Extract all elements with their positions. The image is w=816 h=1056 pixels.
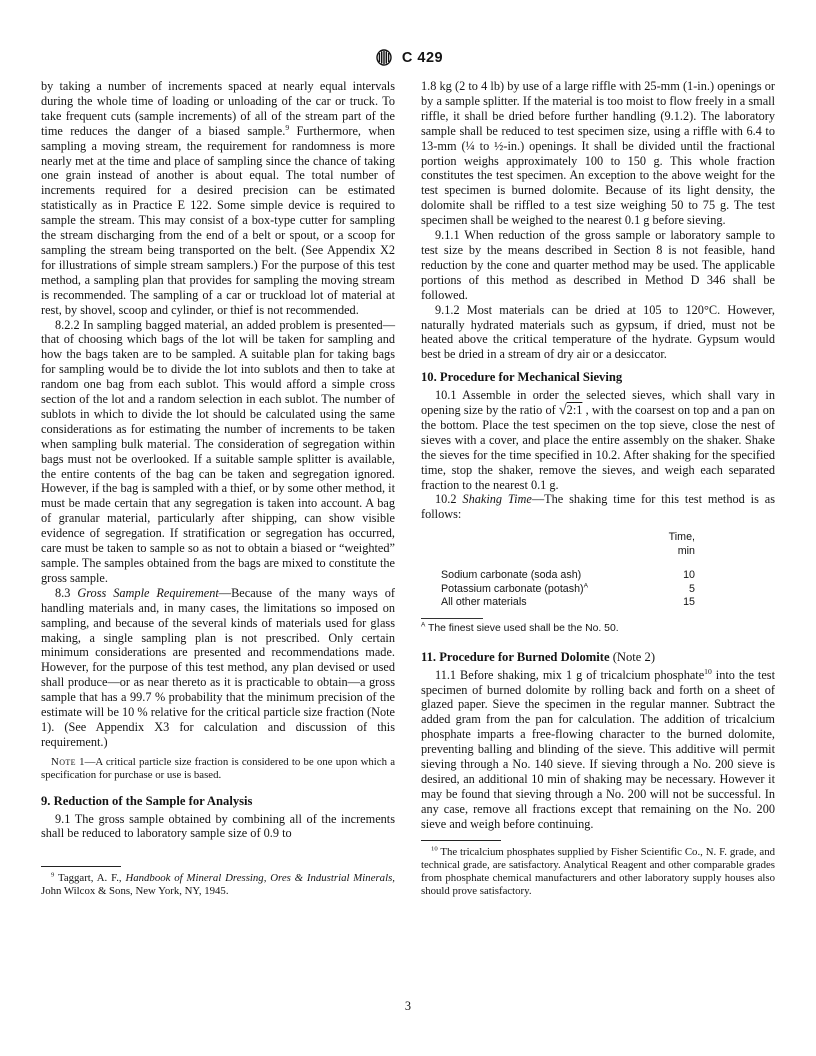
text-run: 8.3 — [55, 586, 77, 600]
text-run: (Note 2) — [610, 650, 655, 664]
footnote-10: 10 The tricalcium phosphates supplied by… — [421, 832, 775, 898]
table-row: All other materials15 — [441, 596, 695, 609]
table-row-value: 15 — [683, 596, 695, 609]
text-run: 9.1.1 When reduction of the gross sample… — [421, 228, 775, 302]
superscript-ref: A — [584, 582, 588, 589]
text-run: 10. Procedure for Mechanical Sieving — [421, 370, 622, 384]
text-run: 11. Procedure for Burned Dolomite — [421, 650, 610, 664]
text-run: 1.8 kg (2 to 4 lb) by use of a large rif… — [421, 79, 775, 227]
text-run: 1—A critical particle size fraction is c… — [41, 756, 395, 781]
footnote-9: 9 Taggart, A. F., Handbook of Mineral Dr… — [41, 858, 395, 898]
table-row-label: Potassium carbonate (potash)A — [441, 583, 588, 596]
text-run: Handbook of Mineral Dressing, Ores & Ind… — [125, 872, 395, 884]
text-run: Furthermore, when sampling a moving stre… — [41, 124, 395, 317]
standard-designation: C 429 — [402, 50, 443, 66]
para-10-2: 10.2 Shaking Time—The shaking time for t… — [421, 492, 775, 522]
table-footnote: A The finest sieve used shall be the No.… — [421, 622, 775, 635]
table-row: Sodium carbonate (soda ash)10 — [441, 569, 695, 582]
text-run: 8.2.2 In sampling bagged material, an ad… — [41, 318, 395, 585]
text-run: The finest sieve used shall be the No. 5… — [425, 623, 618, 634]
text-run: 9. Reduction of the Sample for Analysis — [41, 794, 252, 808]
para-9-1-1: 9.1.1 When reduction of the gross sample… — [421, 228, 775, 303]
para-11-1: 11.1 Before shaking, mix 1 g of tricalci… — [421, 668, 775, 832]
text-run: 11.1 Before shaking, mix 1 g of tricalci… — [435, 668, 704, 682]
footnote-text: 10 The tricalcium phosphates supplied by… — [421, 846, 775, 898]
text-run: √ — [559, 402, 567, 418]
table-row-value: 5 — [689, 583, 695, 596]
text-run: John Wilcox & Sons, New York, NY, 1945. — [41, 885, 229, 897]
para-9-1: 9.1 The gross sample obtained by combini… — [41, 812, 395, 842]
para-8-3: 8.3 Gross Sample Requirement—Because of … — [41, 586, 395, 750]
text-run: Taggart, A. F., — [54, 872, 125, 884]
note-1: Note 1—A critical particle size fraction… — [41, 756, 395, 782]
text-run: 9.1.2 Most materials can be dried at 105… — [421, 303, 775, 362]
text-run: —Because of the many ways of handling ma… — [41, 586, 395, 749]
footnote-rule — [41, 866, 121, 867]
para-8-2-2: 8.2.2 In sampling bagged material, an ad… — [41, 318, 395, 586]
superscript-ref: 10 — [431, 845, 438, 852]
text-run: 9.1 The gross sample obtained by combini… — [41, 812, 395, 841]
text-run: 10.2 — [435, 492, 462, 506]
footnote-text: 9 Taggart, A. F., Handbook of Mineral Dr… — [41, 872, 395, 898]
footnote-rule — [421, 840, 501, 841]
superscript-ref: 10 — [704, 667, 712, 676]
heading-section-9: 9. Reduction of the Sample for Analysis — [41, 794, 395, 809]
astm-logo-icon — [373, 49, 395, 66]
heading-section-11: 11. Procedure for Burned Dolomite (Note … — [421, 650, 775, 665]
para-9-1-2: 9.1.2 Most materials can be dried at 105… — [421, 303, 775, 363]
table-row-value: 10 — [683, 569, 695, 582]
table-row: Potassium carbonate (potash)A5 — [441, 583, 695, 596]
left-column: by taking a number of increments spaced … — [41, 79, 395, 898]
page-number: 3 — [0, 999, 816, 1014]
right-column: 1.8 kg (2 to 4 lb) by use of a large rif… — [421, 79, 775, 898]
text-run: Gross Sample Requirement — [77, 586, 218, 600]
para-10-1: 10.1 Assemble in order the selected siev… — [421, 388, 775, 492]
table-row-label: All other materials — [441, 596, 527, 609]
para-9-1-continued: 1.8 kg (2 to 4 lb) by use of a large rif… — [421, 79, 775, 228]
two-column-body: by taking a number of increments spaced … — [0, 66, 816, 898]
table-header-line: min — [441, 545, 695, 558]
document-header: C 429 — [0, 0, 816, 66]
table-column-header: Time,min — [441, 531, 695, 558]
table-row-label: Sodium carbonate (soda ash) — [441, 569, 581, 582]
heading-section-10: 10. Procedure for Mechanical Sieving — [421, 370, 775, 385]
table-footnote-rule — [421, 618, 483, 619]
text-run: The tricalcium phosphates supplied by Fi… — [421, 846, 775, 897]
shaking-time-table: Time,minSodium carbonate (soda ash)10Pot… — [421, 531, 775, 635]
text-run: into the test specimen of burned dolomit… — [421, 668, 775, 831]
table-header-line: Time, — [441, 531, 695, 544]
text-run: Note — [51, 756, 76, 768]
text-run: Shaking Time — [462, 492, 531, 506]
text-run: 2:1 — [567, 403, 583, 417]
document-page: C 429 by taking a number of increments s… — [0, 0, 816, 1056]
para-8-2-1-continued: by taking a number of increments spaced … — [41, 79, 395, 318]
